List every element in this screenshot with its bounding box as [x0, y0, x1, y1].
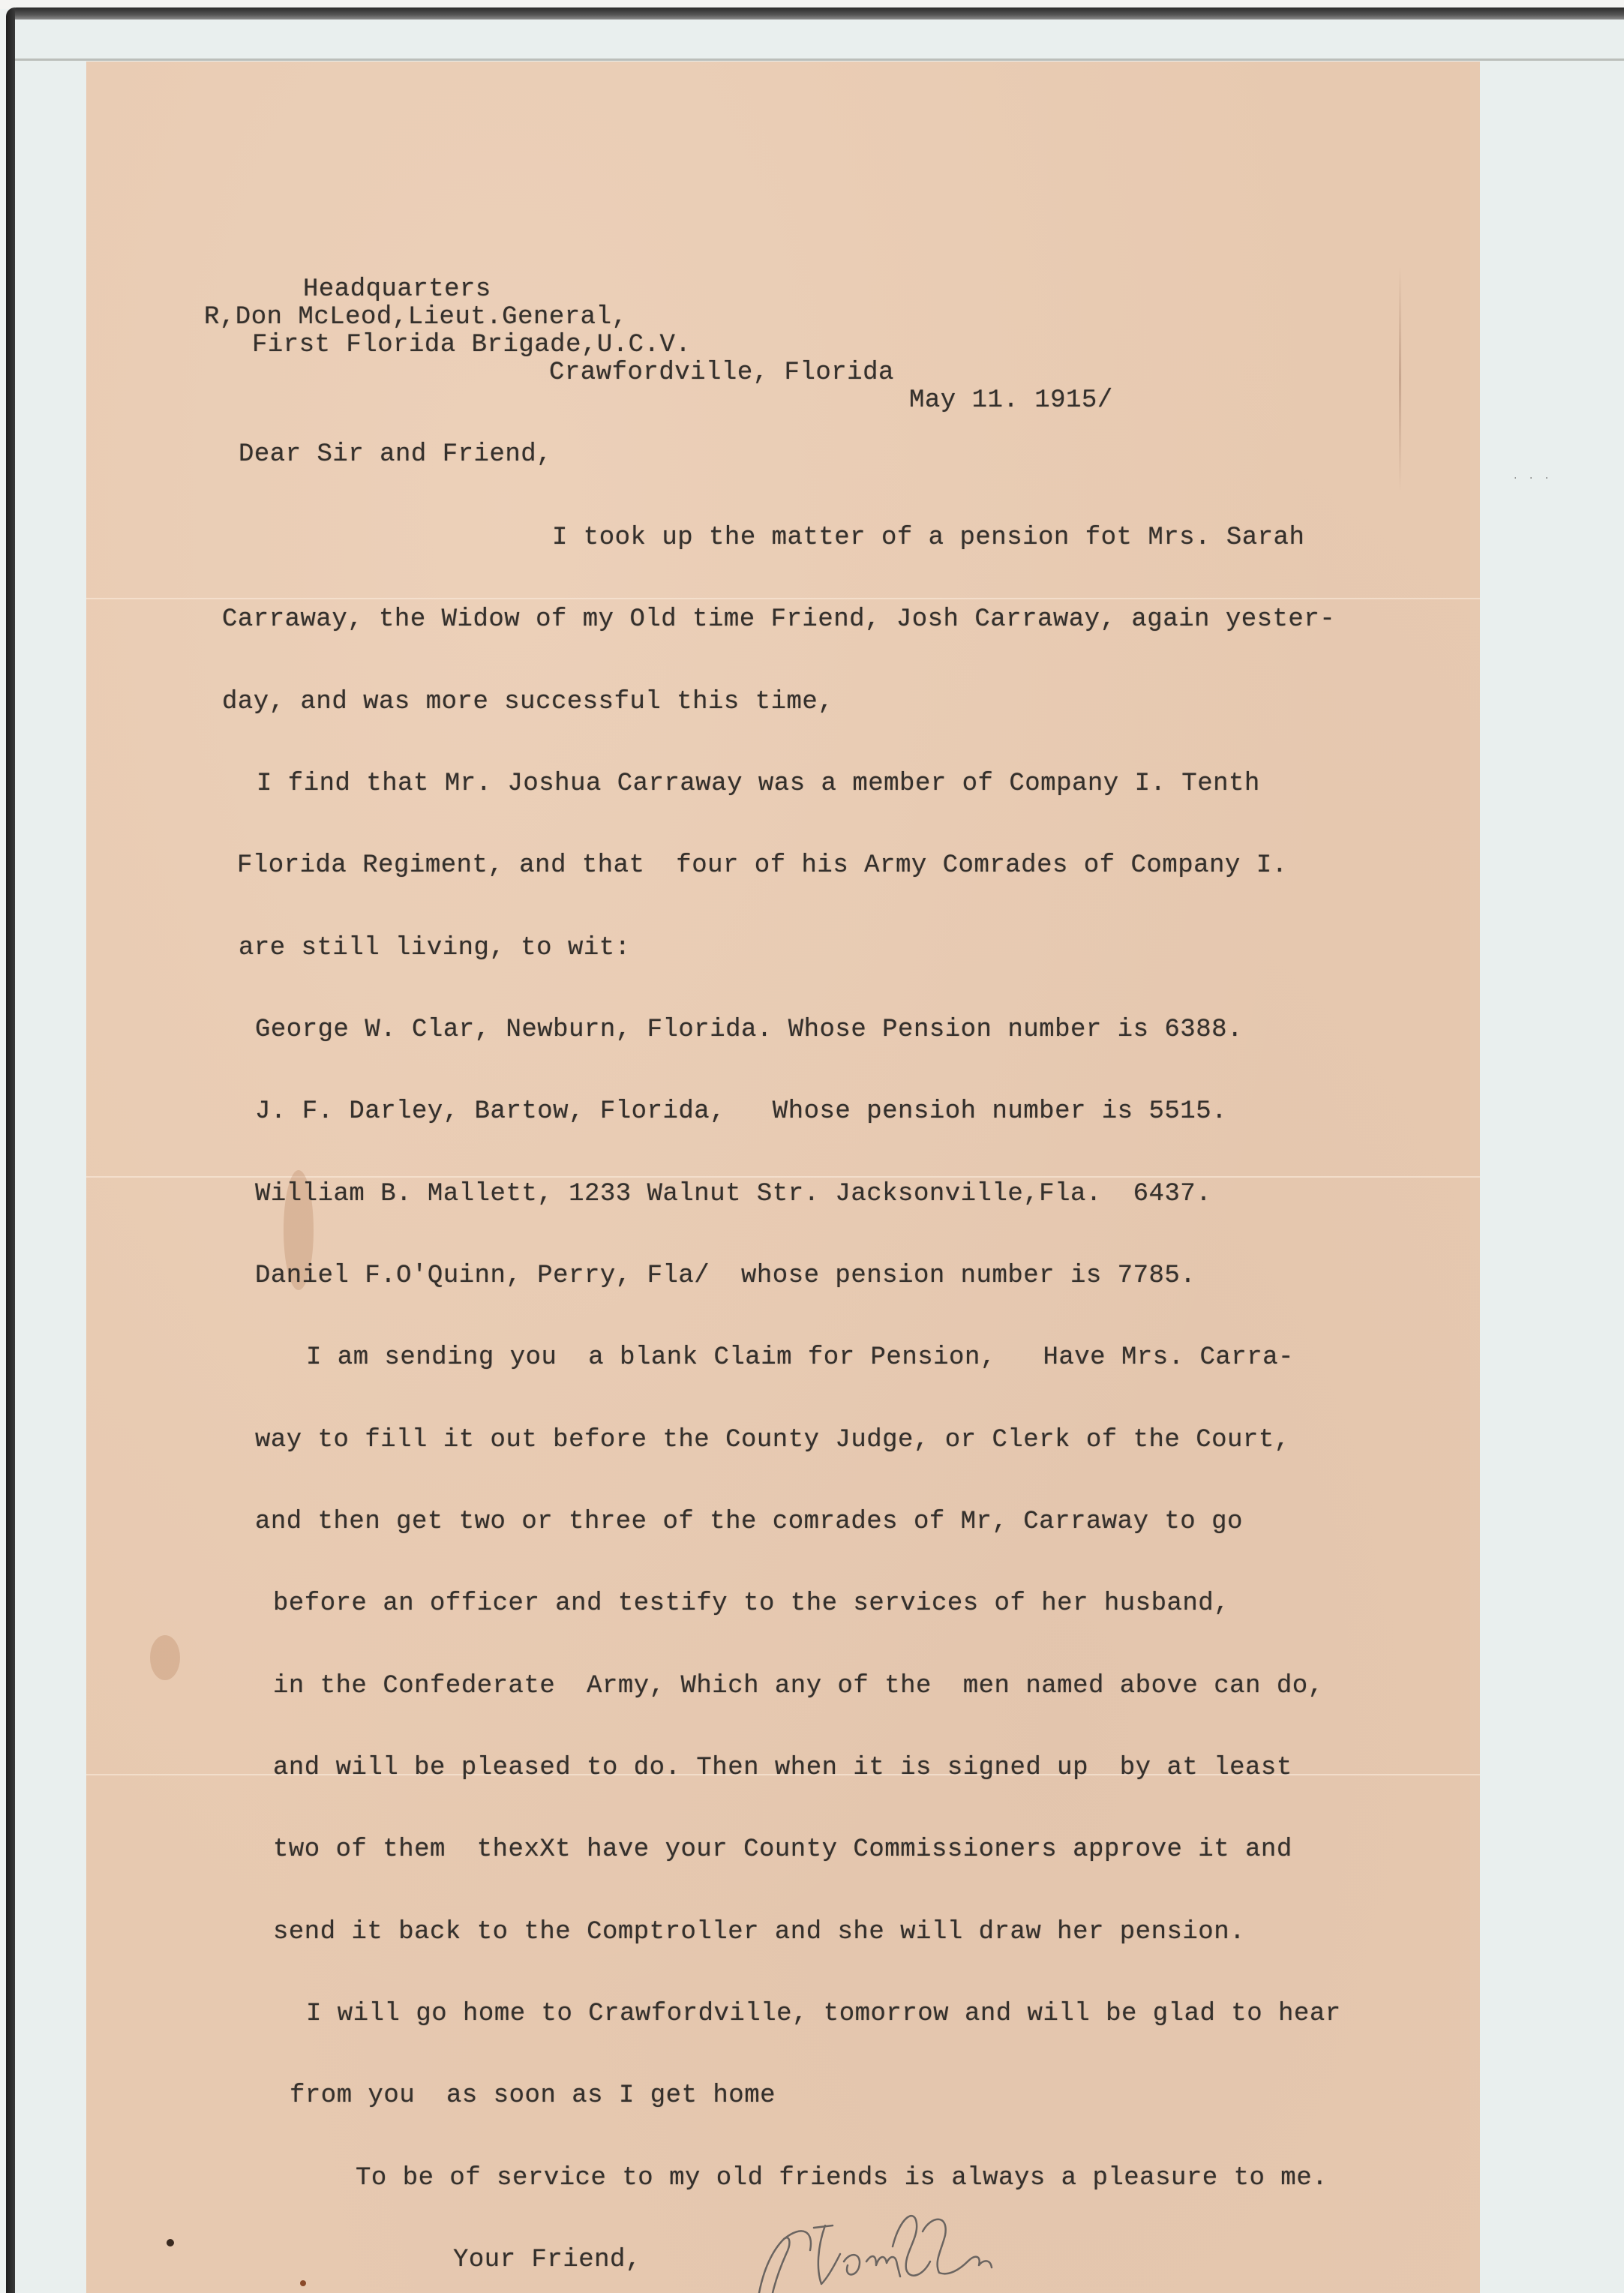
handwritten-signature-icon — [743, 2209, 1268, 2293]
body-line: in the Confederate Army, Which any of th… — [273, 1671, 1324, 1701]
body-line: I am sending you a blank Claim for Pensi… — [306, 1343, 1294, 1373]
closing: Your Friend, — [453, 2245, 641, 2275]
mat-edge-line — [15, 59, 1624, 61]
letterhead-location: Crawfordville, Florida — [549, 358, 894, 388]
ink-spot — [167, 2239, 174, 2246]
body-line: I took up the matter of a pension fot Mr… — [552, 523, 1304, 553]
scan-frame-top-edge — [6, 8, 1624, 20]
paper-fold-line — [86, 598, 1480, 599]
body-line: two of them thexXt have your County Comm… — [273, 1835, 1292, 1865]
body-line: way to fill it out before the County Jud… — [255, 1425, 1290, 1455]
salutation: Dear Sir and Friend, — [239, 440, 552, 470]
body-line: Florida Regiment, and that four of his A… — [237, 851, 1288, 881]
comrade-entry: Daniel F.O'Quinn, Perry, Fla/ whose pens… — [255, 1261, 1196, 1291]
body-line: Carraway, the Widow of my Old time Frien… — [222, 605, 1335, 635]
body-line: from you as soon as I get home — [290, 2081, 776, 2111]
comrade-entry: George W. Clar, Newburn, Florida. Whose … — [255, 1015, 1243, 1045]
body-line: and will be pleased to do. Then when it … — [273, 1753, 1292, 1783]
body-line: day, and was more successful this time, — [222, 687, 833, 717]
body-line: before an officer and testify to the ser… — [273, 1589, 1229, 1619]
scan-frame-left-edge — [6, 8, 15, 2293]
body-line: are still living, to wit: — [239, 933, 631, 963]
paper-edge-mark — [1399, 266, 1401, 491]
letter-date: May 11. 1915/ — [909, 386, 1113, 416]
body-line: send it back to the Comptroller and she … — [273, 1917, 1245, 1947]
body-line: To be of service to my old friends is al… — [356, 2163, 1328, 2193]
body-line: and then get two or three of the comrade… — [255, 1507, 1243, 1537]
body-line: I will go home to Crawfordville, tomorro… — [306, 1999, 1341, 2029]
paper-stain — [150, 1635, 180, 1680]
letterhead-headquarters: Headquarters — [303, 275, 491, 305]
letterhead-sender: R,Don McLeod,Lieut.General, — [204, 302, 627, 332]
ink-spot — [300, 2280, 306, 2286]
stray-marks: · · · — [1514, 473, 1553, 485]
body-line: I find that Mr. Joshua Carraway was a me… — [257, 769, 1260, 799]
comrade-entry: William B. Mallett, 1233 Walnut Str. Jac… — [255, 1179, 1211, 1209]
letterhead-organization: First Florida Brigade,U.C.V. — [252, 330, 691, 360]
comrade-entry: J. F. Darley, Bartow, Florida, Whose pen… — [255, 1097, 1227, 1127]
